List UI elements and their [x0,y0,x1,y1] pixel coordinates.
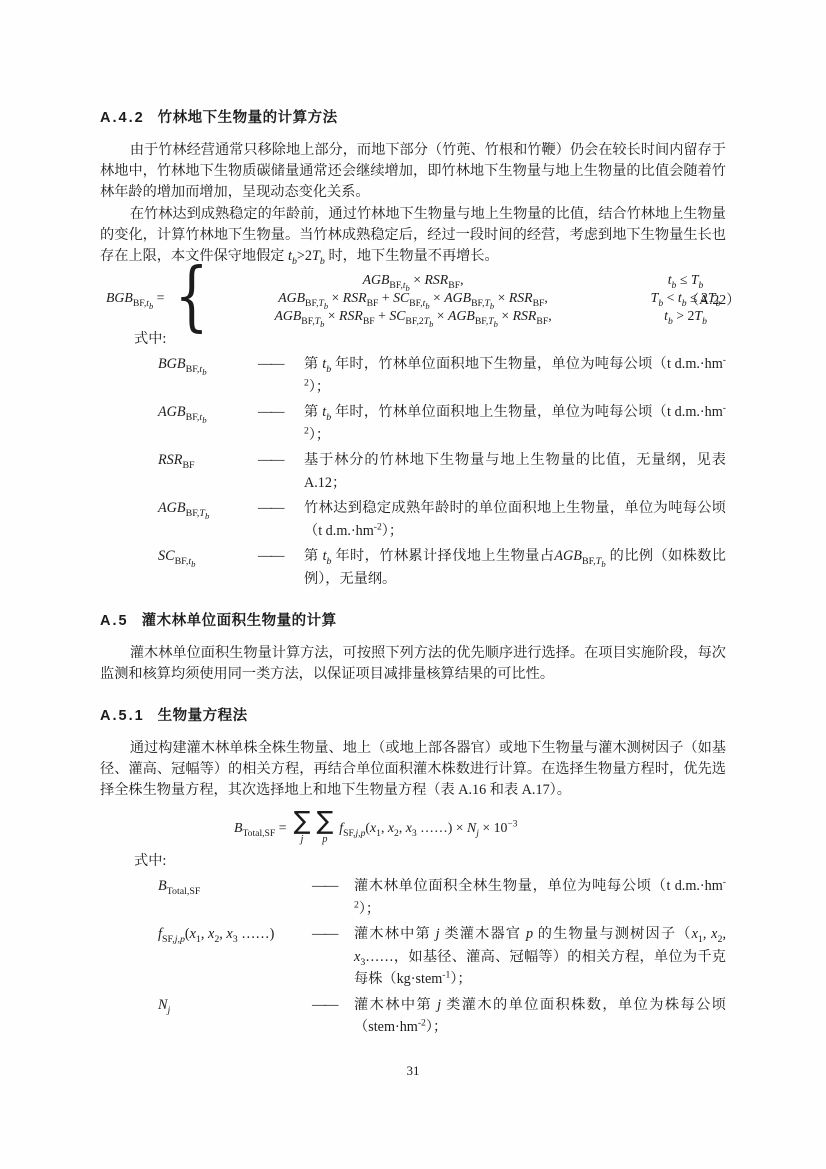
definition-list-a22: BGBBF,tb —— 第 tb 年时，竹林单位面积地下生物量，单位为吨每公顷（… [100,353,726,590]
definition-term: AGBBF,tb [158,401,258,446]
definition-row: AGBBF,tb —— 第 tb 年时，竹林单位面积地上生物量，单位为吨每公顷（… [158,401,726,446]
case-condition: tb > 2Tb [611,308,761,324]
definition-list-a23: BTotal,SF —— 灌木林单位面积全林生物量，单位为吨每公顷（t d.m.… [100,875,726,1039]
definition-term: BTotal,SF [158,875,312,920]
definition-desc: 第 tb 年时，竹林单位面积地上生物量，单位为吨每公顷（t d.m.·hm-2）… [304,401,726,446]
case-expression: AGBBF,tb × RSRBF, [216,272,611,288]
formula-a23-number: （A.23） [819,819,826,839]
paragraph-a51-1: 通过构建灌木林单株全株生物量、地上（或地上部各器官）或地下生物量与灌木测树因子（… [100,738,726,801]
definition-dash: —— [312,923,354,991]
heading-a5-1-title: 生物量方程法 [158,708,248,724]
definition-desc: 第 tb 年时，竹林累计择伐地上生物量占AGBBF,Tb 的比例（如株数比例），… [304,545,726,590]
definition-desc: 竹林达到稳定成熟年龄时的单位面积地上生物量，单位为吨每公顷（t d.m.·hm-… [304,497,726,542]
formula-a23-rhs: fSF,j,p(x1, x2, x3 ……) × Nj × 10−3 [339,820,517,836]
case-expression: AGBBF,Tb × RSRBF + SCBF,tb × AGBBF,Tb × … [216,290,611,306]
definition-row: BTotal,SF —— 灌木林单位面积全林生物量，单位为吨每公顷（t d.m.… [158,875,726,920]
definition-row: SCBF,tb —— 第 tb 年时，竹林累计择伐地上生物量占AGBBF,Tb … [158,545,726,590]
paragraph-a5-1: 灌木林单位面积生物量计算方法，可按照下列方法的优先顺序进行选择。在项目实施阶段，… [100,643,726,685]
summation-index: j [301,835,304,846]
definition-term: SCBF,tb [158,545,258,590]
heading-a5-label: A.5 [100,613,129,629]
heading-a5: A.5灌木林单位面积生物量的计算 [100,609,726,630]
definition-row: AGBBF,Tb —— 竹林达到稳定成熟年龄时的单位面积地上生物量，单位为吨每公… [158,497,726,542]
heading-a4-2-title: 竹林地下生物量的计算方法 [158,110,338,126]
sigma-icon: ∑ [316,810,333,833]
summation-p: ∑ p [316,810,333,845]
formula-a22-cases: AGBBF,tb × RSRBF, tb ≤ Tb AGBBF,Tb × RSR… [216,272,761,324]
summation-j: ∑ j [294,810,311,845]
formula-a22: BGBBF,tb = { AGBBF,tb × RSRBF, tb ≤ Tb A… [106,272,726,324]
definition-dash: —— [312,994,354,1039]
paragraph-a42-1: 由于竹林经营通常只移除地上部分，而地下部分（竹蔸、竹根和竹鞭）仍会在较长时间内留… [100,140,726,203]
definition-dash: —— [258,497,304,542]
heading-a5-1-label: A.5.1 [100,708,145,724]
heading-a4-2: A.4.2竹林地下生物量的计算方法 [100,106,726,127]
heading-a4-2-label: A.4.2 [100,110,145,126]
definition-dash: —— [258,401,304,446]
definition-term: AGBBF,Tb [158,497,258,542]
formula-a22-number: （A.22） [685,288,740,308]
definition-desc: 基于林分的竹林地下生物量与地上生物量的比值，无量纲，见表 A.12； [304,449,726,494]
definition-term: fSF,j,p(x1, x2, x3 ……) [158,923,312,991]
definition-desc: 灌木林中第 j 类灌木的单位面积株数，单位为株每公顷（stem·hm-2）； [354,994,726,1039]
formula-a22-lhs: BGBBF,tb = [106,290,164,306]
document-page: A.4.2竹林地下生物量的计算方法 由于竹林经营通常只移除地上部分，而地下部分（… [0,0,826,1169]
formula-a23: BTotal,SF = ∑ j ∑ p fSF,j,p(x1, x2, x3 …… [234,810,726,845]
formula-a23-lhs: BTotal,SF = [234,820,287,836]
definition-dash: —— [312,875,354,920]
where-label: 式中: [134,328,726,348]
page-content: A.4.2竹林地下生物量的计算方法 由于竹林经营通常只移除地上部分，而地下部分（… [0,0,826,1039]
definition-term: RSRBF [158,449,258,494]
case-condition: tb ≤ Tb [611,272,761,288]
heading-a5-1: A.5.1生物量方程法 [100,704,726,725]
definition-row: RSRBF —— 基于林分的竹林地下生物量与地上生物量的比值，无量纲，见表 A.… [158,449,726,494]
definition-desc: 灌木林中第 j 类灌木器官 p 的生物量与测树因子（x1, x2, x3……，如… [354,923,726,991]
definition-row: BGBBF,tb —— 第 tb 年时，竹林单位面积地下生物量，单位为吨每公顷（… [158,353,726,398]
heading-a5-title: 灌木林单位面积生物量的计算 [142,613,337,629]
sigma-icon: ∑ [294,810,311,833]
definition-desc: 第 tb 年时，竹林单位面积地下生物量，单位为吨每公顷（t d.m.·hm-2）… [304,353,726,398]
where-label: 式中: [134,850,726,870]
definition-term: Nj [158,994,312,1039]
summation-index: p [322,835,327,846]
definition-dash: —— [258,449,304,494]
case-expression: AGBBF,Tb × RSRBF + SCBF,2Tb × AGBBF,Tb ×… [216,308,611,324]
definition-row: Nj —— 灌木林中第 j 类灌木的单位面积株数，单位为株每公顷（stem·hm… [158,994,726,1039]
page-number: 31 [0,1063,826,1079]
definition-dash: —— [258,545,304,590]
definition-term: BGBBF,tb [158,353,258,398]
definition-desc: 灌木林单位面积全林生物量，单位为吨每公顷（t d.m.·hm-2）； [354,875,726,920]
definition-row: fSF,j,p(x1, x2, x3 ……) —— 灌木林中第 j 类灌木器官 … [158,923,726,991]
definition-dash: —— [258,353,304,398]
